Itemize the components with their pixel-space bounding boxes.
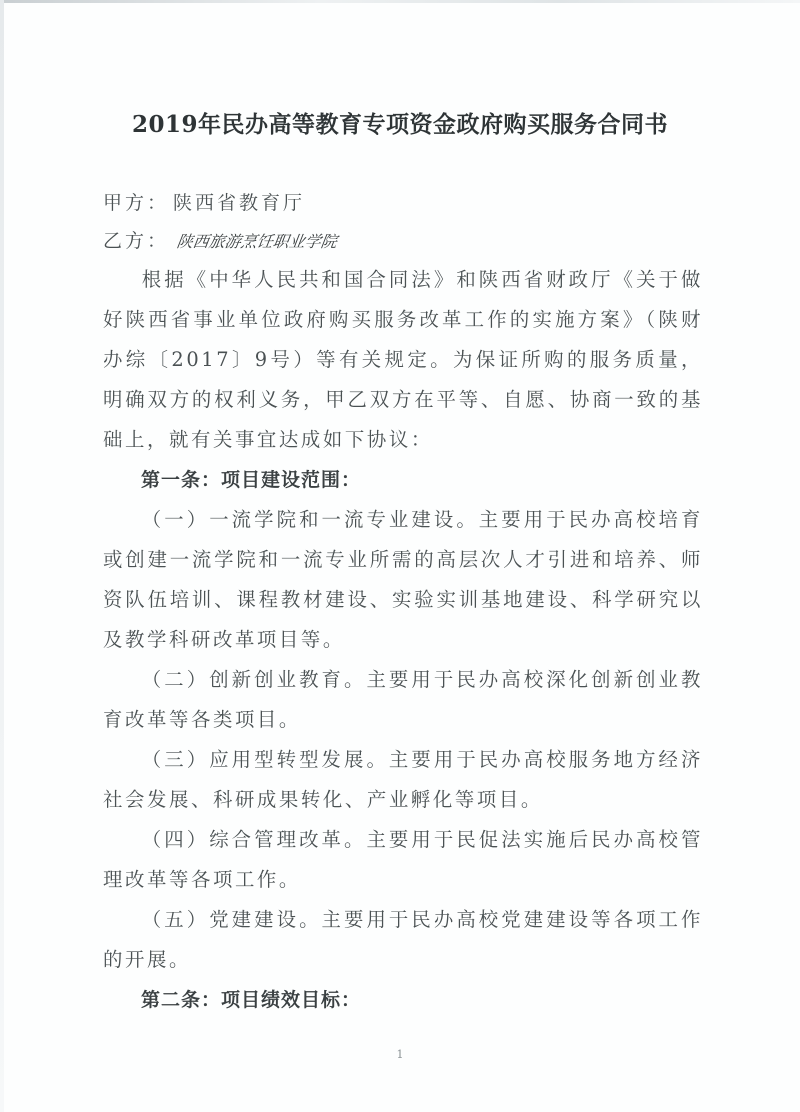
contract-body: 根据《中华人民共和国合同法》和陕西省财政厅《关于做好陕西省事业单位政府购买服务改… [103, 260, 703, 1020]
scan-left-edge [0, 0, 4, 1112]
article-1-heading: 第一条：项目建设范围： [103, 460, 703, 500]
party-b-handwritten-value: 陕西旅游烹饪职业学院 [175, 229, 338, 252]
preamble-paragraph: 根据《中华人民共和国合同法》和陕西省财政厅《关于做好陕西省事业单位政府购买服务改… [103, 260, 703, 460]
party-b-label: 乙方： [103, 226, 173, 253]
article-1-item-2: （二）创新创业教育。主要用于民办高校深化创新创业教育改革等各类项目。 [103, 660, 703, 740]
page-number: 1 [0, 1048, 800, 1061]
article-1-item-3: （三）应用型转型发展。主要用于民办高校服务地方经济社会发展、科研成果转化、产业孵… [103, 740, 703, 820]
article-1-item-4: （四）综合管理改革。主要用于民促法实施后民办高校管理改革等各项工作。 [103, 820, 703, 900]
scan-top-edge [0, 0, 800, 3]
article-1-item-1: （一）一流学院和一流专业建设。主要用于民办高校培育或创建一流学院和一流专业所需的… [103, 500, 703, 660]
party-b: 乙方：陕西旅游烹饪职业学院 [103, 226, 337, 253]
party-a: 甲方：陕西省教育厅 [103, 188, 305, 215]
party-a-value: 陕西省教育厅 [173, 192, 305, 214]
article-2-heading: 第二条：项目绩效目标： [103, 980, 703, 1020]
article-1-item-5: （五）党建建设。主要用于民办高校党建建设等各项工作的开展。 [103, 900, 703, 980]
document-title: 2019年民办高等教育专项资金政府购买服务合同书 [0, 106, 800, 139]
party-a-label: 甲方： [103, 188, 173, 215]
